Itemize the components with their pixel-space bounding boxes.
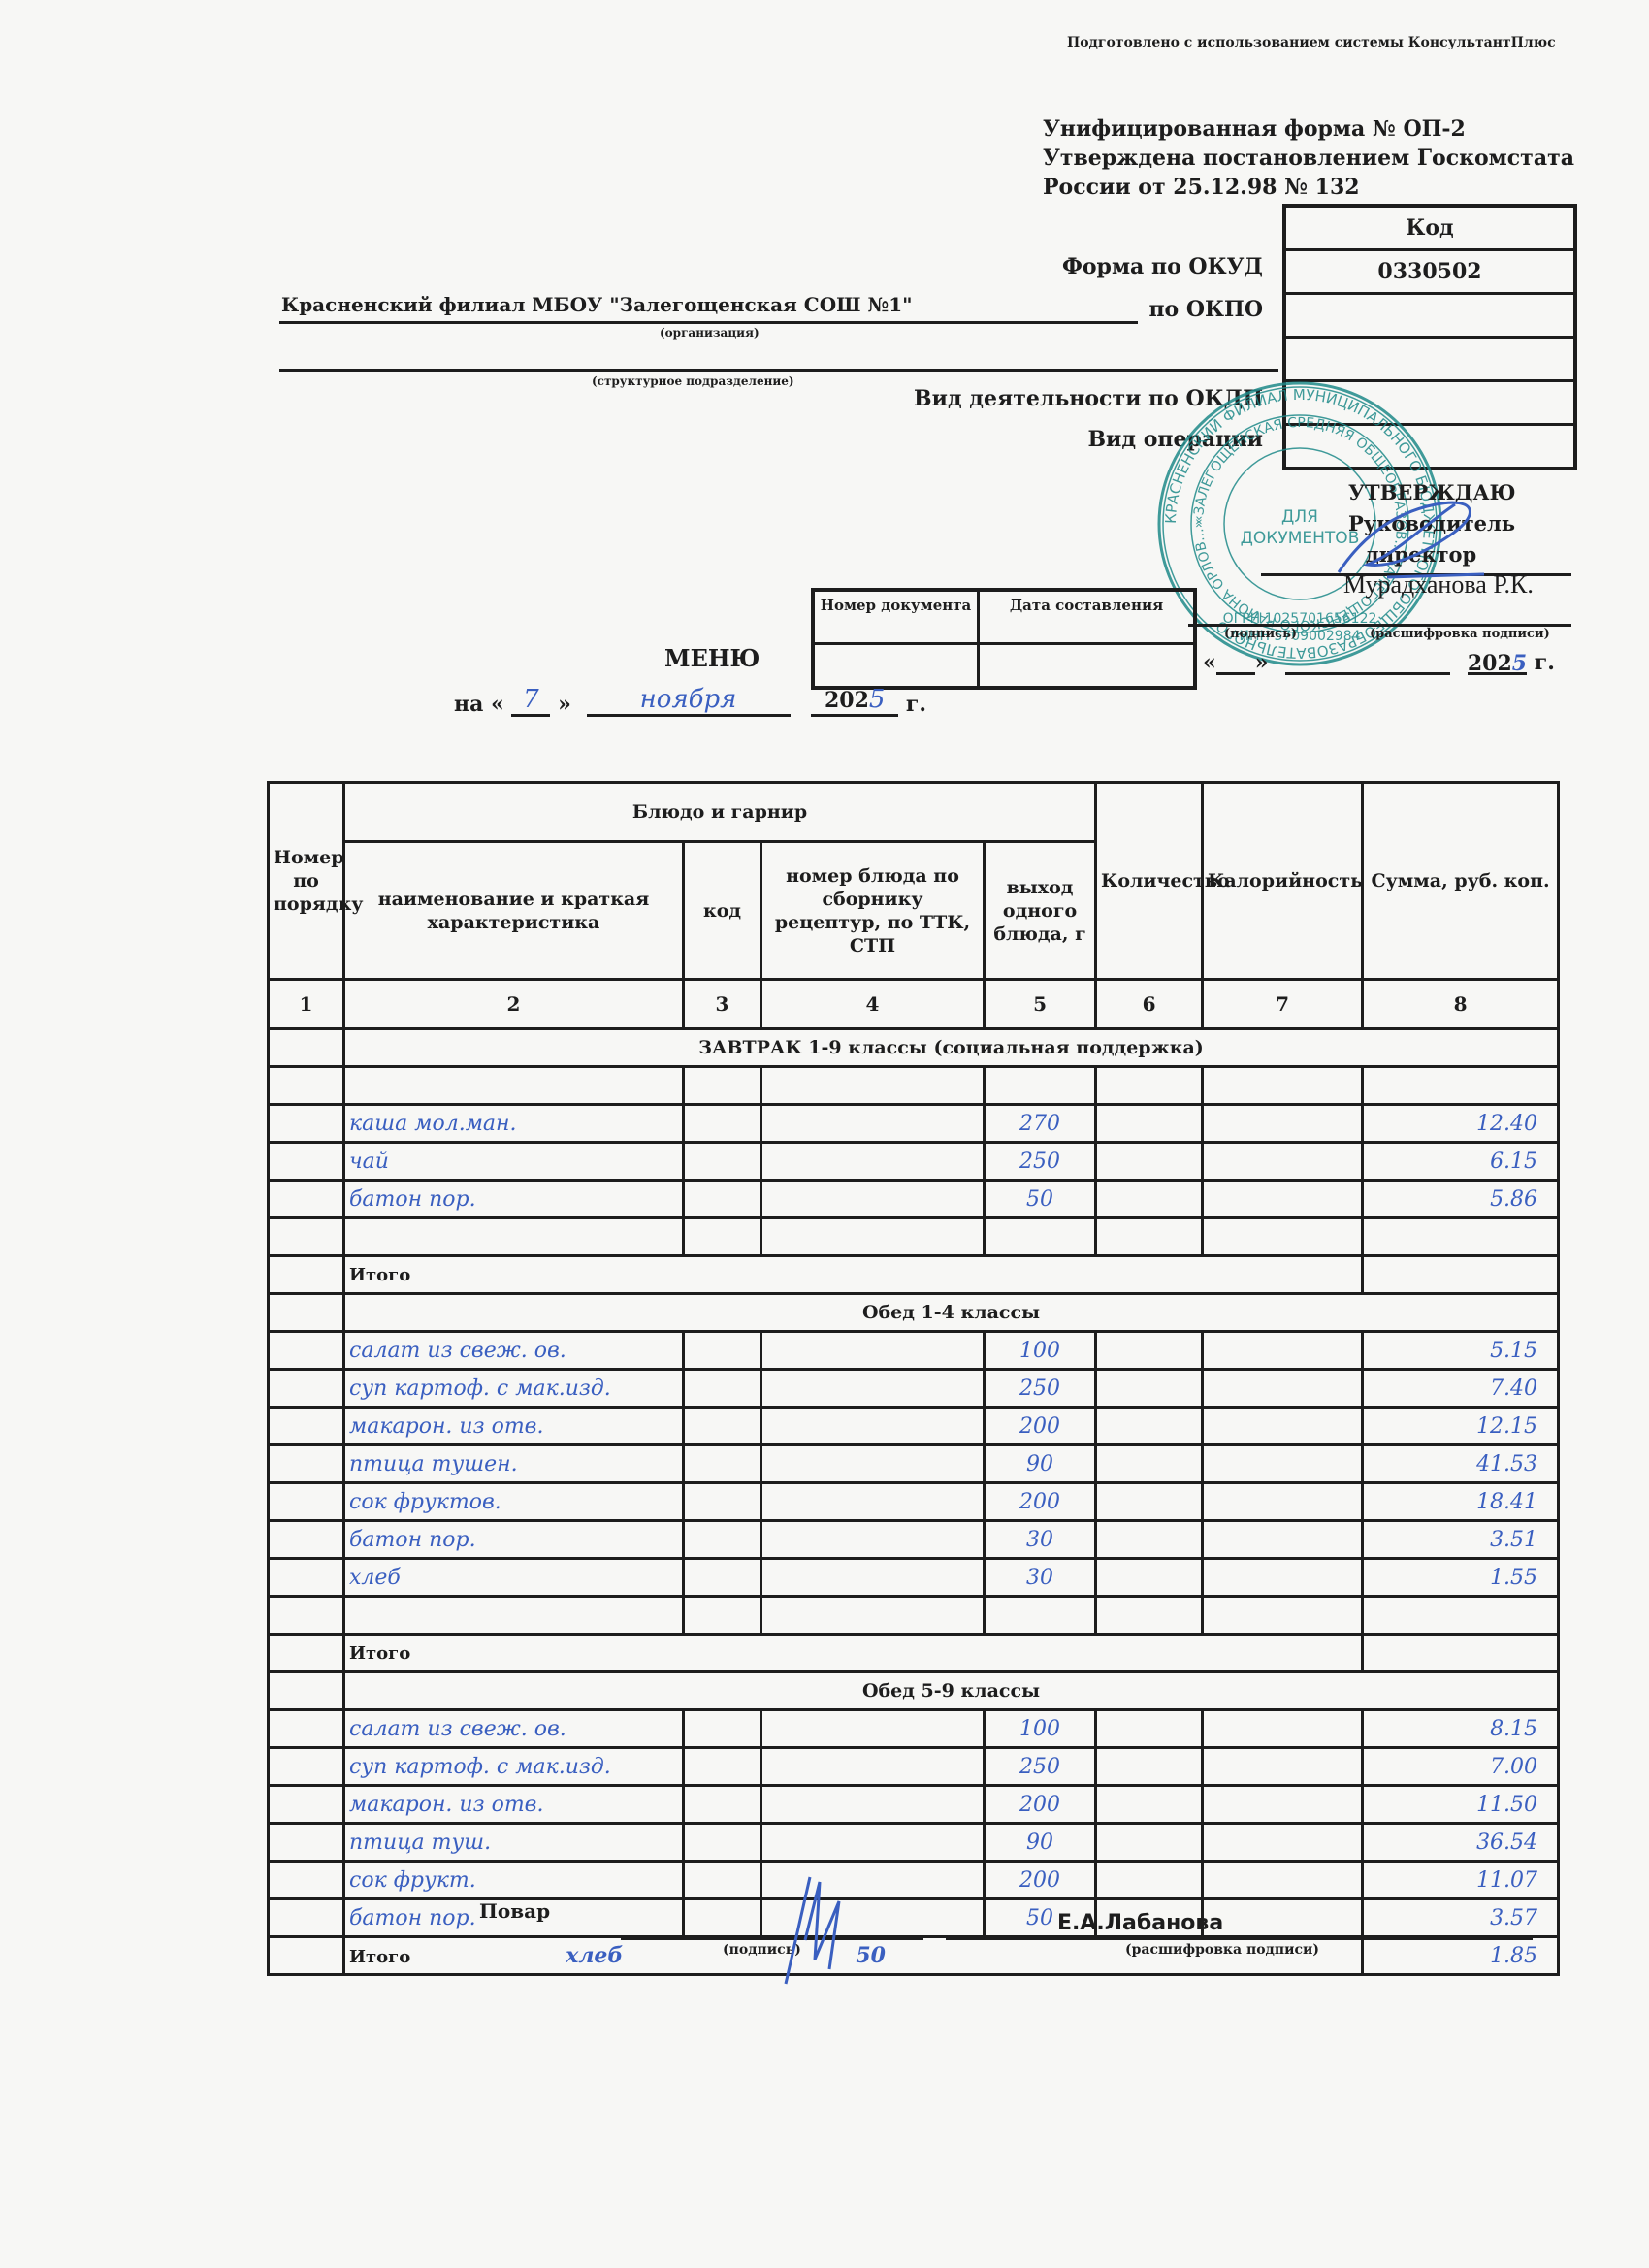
form-title-line: Унифицированная форма № ОП-2 bbox=[1043, 114, 1574, 144]
dish-name-cell[interactable]: батон пор. bbox=[344, 1181, 684, 1218]
qty-cell[interactable] bbox=[1096, 1332, 1203, 1370]
okpo-label: по ОКПО bbox=[856, 297, 1263, 322]
qty-cell[interactable] bbox=[1096, 1748, 1203, 1786]
approval-decoding-caption: (расшифровка подписи) bbox=[1370, 627, 1550, 641]
menu-year-unit: г. bbox=[906, 692, 926, 717]
recipe-no-cell[interactable] bbox=[761, 1710, 985, 1748]
row-num-cell[interactable] bbox=[269, 1483, 344, 1521]
sum-cell[interactable]: 3.51 bbox=[1363, 1521, 1559, 1559]
qty-cell[interactable] bbox=[1096, 1559, 1203, 1597]
header-sum: Сумма, руб. коп. bbox=[1363, 783, 1559, 980]
menu-year-field[interactable]: 2025 bbox=[811, 685, 898, 717]
subdivision-caption: (структурное подразделение) bbox=[592, 374, 794, 388]
section-title: Обед 1-4 классы bbox=[344, 1294, 1559, 1332]
dish-name-cell[interactable]: батон пор. bbox=[344, 1521, 684, 1559]
recipe-no-cell[interactable] bbox=[761, 1748, 985, 1786]
table-row: сок фруктов.20018.41 bbox=[269, 1483, 1559, 1521]
table-row: суп картоф. с мак.изд.2507.00 bbox=[269, 1748, 1559, 1786]
table-row: батон пор.303.51 bbox=[269, 1521, 1559, 1559]
qty-cell[interactable] bbox=[1096, 1218, 1203, 1256]
approval-signature-caption: (подпись) bbox=[1224, 627, 1297, 641]
approval-day-field[interactable] bbox=[1216, 651, 1255, 675]
column-number: 8 bbox=[1363, 980, 1559, 1029]
code-cell[interactable] bbox=[684, 1370, 761, 1408]
recipe-no-cell[interactable] bbox=[761, 1597, 985, 1635]
output-cell[interactable]: 200 bbox=[985, 1786, 1096, 1824]
table-row: батон пор.505.86 bbox=[269, 1181, 1559, 1218]
output-cell[interactable]: 250 bbox=[985, 1748, 1096, 1786]
qty-cell[interactable] bbox=[1096, 1067, 1203, 1105]
menu-title: МЕНЮ bbox=[664, 644, 760, 672]
output-cell[interactable] bbox=[985, 1067, 1096, 1105]
table-row: сок фрукт.20011.07 bbox=[269, 1862, 1559, 1899]
approval-year-unit: г. bbox=[1535, 650, 1555, 675]
output-cell[interactable]: 200 bbox=[985, 1483, 1096, 1521]
table-row: батон пор.503.57 bbox=[269, 1899, 1559, 1937]
code-cell[interactable] bbox=[684, 1786, 761, 1824]
sum-cell[interactable]: 36.54 bbox=[1363, 1824, 1559, 1862]
recipe-no-cell[interactable] bbox=[761, 1408, 985, 1445]
calories-cell[interactable] bbox=[1203, 1332, 1363, 1370]
total-label-text: Итого bbox=[349, 1947, 410, 1967]
okud-label: Форма по ОКУД bbox=[856, 254, 1263, 279]
section-header-row: ЗАВТРАК 1-9 классы (социальная поддержка… bbox=[269, 1029, 1559, 1067]
calories-cell[interactable] bbox=[1203, 1559, 1363, 1597]
document-date-header: Дата составления bbox=[980, 592, 1193, 645]
code-cell[interactable] bbox=[684, 1559, 761, 1597]
section-title: Обед 5-9 классы bbox=[344, 1672, 1559, 1710]
organization-name: Красненский филиал МБОУ "Залегощенская С… bbox=[281, 293, 913, 316]
calories-cell[interactable] bbox=[1203, 1710, 1363, 1748]
output-cell[interactable]: 100 bbox=[985, 1332, 1096, 1370]
code-cell[interactable] bbox=[684, 1445, 761, 1483]
menu-date-prefix: на « bbox=[454, 692, 504, 717]
qty-cell[interactable] bbox=[1096, 1786, 1203, 1824]
dish-name-cell[interactable]: каша мол.ман. bbox=[344, 1105, 684, 1143]
table-row: хлеб301.55 bbox=[269, 1559, 1559, 1597]
calories-cell[interactable] bbox=[1203, 1408, 1363, 1445]
cook-label: Повар bbox=[479, 1899, 550, 1923]
row-num-cell[interactable] bbox=[269, 1105, 344, 1143]
svg-text:ДЛЯ: ДЛЯ bbox=[1281, 507, 1318, 527]
column-numbers-row: 12345678 bbox=[269, 980, 1559, 1029]
qty-cell[interactable] bbox=[1096, 1370, 1203, 1408]
output-cell[interactable]: 90 bbox=[985, 1445, 1096, 1483]
recipe-no-cell[interactable] bbox=[761, 1559, 985, 1597]
column-number: 1 bbox=[269, 980, 344, 1029]
dish-name-cell[interactable]: макарон. из отв. bbox=[344, 1786, 684, 1824]
code-cell[interactable] bbox=[684, 1521, 761, 1559]
dish-name-cell[interactable]: салат из свеж. ов. bbox=[344, 1710, 684, 1748]
dish-name-cell[interactable] bbox=[344, 1597, 684, 1635]
row-num-cell[interactable] bbox=[269, 1067, 344, 1105]
row-num-cell[interactable] bbox=[269, 1559, 344, 1597]
qty-cell[interactable] bbox=[1096, 1483, 1203, 1521]
output-cell[interactable]: 100 bbox=[985, 1710, 1096, 1748]
calories-cell[interactable] bbox=[1203, 1218, 1363, 1256]
recipe-no-cell[interactable] bbox=[761, 1483, 985, 1521]
code-cell[interactable] bbox=[684, 1483, 761, 1521]
code-cell[interactable] bbox=[684, 1105, 761, 1143]
row-num-cell[interactable] bbox=[269, 1181, 344, 1218]
approval-date: «» 2025 г. bbox=[1203, 650, 1555, 675]
dish-name-cell[interactable]: чай bbox=[344, 1143, 684, 1181]
form-title-line: России от 25.12.98 № 132 bbox=[1043, 173, 1574, 202]
section-header-row: Обед 5-9 классы bbox=[269, 1672, 1559, 1710]
qty-cell[interactable] bbox=[1096, 1824, 1203, 1862]
sum-cell[interactable]: 12.15 bbox=[1363, 1408, 1559, 1445]
total-label: Итого bbox=[344, 1635, 1363, 1672]
code-cell[interactable] bbox=[684, 1143, 761, 1181]
sum-cell[interactable]: 3.57 bbox=[1363, 1899, 1559, 1937]
table-row: макарон. из отв.20012.15 bbox=[269, 1408, 1559, 1445]
code-cell[interactable] bbox=[684, 1218, 761, 1256]
table-row: салат из свеж. ов.1005.15 bbox=[269, 1332, 1559, 1370]
dish-name-cell[interactable] bbox=[344, 1067, 684, 1105]
row-num-cell[interactable] bbox=[269, 1445, 344, 1483]
output-cell[interactable] bbox=[985, 1597, 1096, 1635]
total-sum-cell[interactable] bbox=[1363, 1256, 1559, 1294]
document-number-box: Номер документа Дата составления bbox=[811, 588, 1197, 690]
row-num-cell[interactable] bbox=[269, 1218, 344, 1256]
header-dish-group: Блюдо и гарнир bbox=[344, 783, 1096, 842]
output-cell[interactable]: 250 bbox=[985, 1143, 1096, 1181]
column-number: 5 bbox=[985, 980, 1096, 1029]
table-row: салат из свеж. ов.1008.15 bbox=[269, 1710, 1559, 1748]
sum-cell[interactable]: 7.40 bbox=[1363, 1370, 1559, 1408]
row-num-cell[interactable] bbox=[269, 1521, 344, 1559]
recipe-no-cell[interactable] bbox=[761, 1067, 985, 1105]
output-cell[interactable] bbox=[985, 1218, 1096, 1256]
form-title-line: Утверждена постановлением Госкомстата bbox=[1043, 144, 1574, 173]
total-sum-cell[interactable]: 1.85 bbox=[1363, 1937, 1559, 1975]
okud-value: 0330502 bbox=[1286, 251, 1573, 295]
sum-cell[interactable]: 1.55 bbox=[1363, 1559, 1559, 1597]
calories-cell[interactable] bbox=[1203, 1899, 1363, 1937]
total-sum-cell[interactable] bbox=[1363, 1635, 1559, 1672]
sum-cell[interactable]: 8.15 bbox=[1363, 1710, 1559, 1748]
row-num-cell[interactable] bbox=[269, 1408, 344, 1445]
qty-cell[interactable] bbox=[1096, 1408, 1203, 1445]
menu-table: Номер по порядку Блюдо и гарнир Количест… bbox=[267, 781, 1560, 1976]
output-cell[interactable]: 30 bbox=[985, 1559, 1096, 1597]
document-number-value[interactable] bbox=[815, 645, 980, 686]
code-cell[interactable] bbox=[684, 1862, 761, 1899]
dish-name-cell[interactable]: хлеб bbox=[344, 1559, 684, 1597]
calories-cell[interactable] bbox=[1203, 1370, 1363, 1408]
recipe-no-cell[interactable] bbox=[761, 1521, 985, 1559]
output-cell[interactable]: 270 bbox=[985, 1105, 1096, 1143]
calories-cell[interactable] bbox=[1203, 1067, 1363, 1105]
subdivision-underline bbox=[279, 369, 1278, 372]
row-num-cell[interactable] bbox=[269, 1786, 344, 1824]
output-cell[interactable]: 50 bbox=[985, 1181, 1096, 1218]
approval-date-open-quote: « bbox=[1203, 650, 1216, 675]
cook-name: Е.А.Лабанова bbox=[1057, 1911, 1223, 1935]
sum-cell[interactable]: 7.00 bbox=[1363, 1748, 1559, 1786]
calories-cell[interactable] bbox=[1203, 1786, 1363, 1824]
total-row: Итого bbox=[269, 1256, 1559, 1294]
section-num-cell bbox=[269, 1029, 344, 1067]
recipe-no-cell[interactable] bbox=[761, 1445, 985, 1483]
qty-cell[interactable] bbox=[1096, 1862, 1203, 1899]
qty-cell[interactable] bbox=[1096, 1445, 1203, 1483]
qty-cell[interactable] bbox=[1096, 1710, 1203, 1748]
header-calories: Калорийность bbox=[1203, 783, 1363, 980]
code-cell[interactable] bbox=[684, 1824, 761, 1862]
calories-cell[interactable] bbox=[1203, 1862, 1363, 1899]
sum-cell[interactable]: 18.41 bbox=[1363, 1483, 1559, 1521]
column-number: 6 bbox=[1096, 980, 1203, 1029]
qty-cell[interactable] bbox=[1096, 1181, 1203, 1218]
header-output: выход одного блюда, г bbox=[985, 842, 1096, 980]
organization-caption: (организация) bbox=[660, 326, 760, 340]
calories-cell[interactable] bbox=[1203, 1181, 1363, 1218]
dish-name-cell[interactable]: суп картоф. с мак.изд. bbox=[344, 1748, 684, 1786]
recipe-no-cell[interactable] bbox=[761, 1143, 985, 1181]
row-num-cell[interactable] bbox=[269, 1824, 344, 1862]
menu-month-field[interactable]: ноября bbox=[587, 685, 791, 717]
cook-name-underline bbox=[946, 1937, 1533, 1940]
row-num-cell[interactable] bbox=[269, 1899, 344, 1937]
row-num-cell[interactable] bbox=[269, 1710, 344, 1748]
cook-name-caption: (расшифровка подписи) bbox=[1125, 1942, 1319, 1958]
calories-cell[interactable] bbox=[1203, 1105, 1363, 1143]
sum-cell[interactable]: 11.50 bbox=[1363, 1786, 1559, 1824]
table-row: макарон. из отв.20011.50 bbox=[269, 1786, 1559, 1824]
output-cell[interactable]: 200 bbox=[985, 1862, 1096, 1899]
okpo-value[interactable] bbox=[1286, 295, 1573, 339]
dish-name-cell[interactable]: макарон. из отв. bbox=[344, 1408, 684, 1445]
header-qty: Количество bbox=[1096, 783, 1203, 980]
document-number-header: Номер документа bbox=[815, 592, 980, 645]
total-num-cell bbox=[269, 1937, 344, 1975]
code-cell[interactable] bbox=[684, 1748, 761, 1786]
code-cell[interactable] bbox=[684, 1597, 761, 1635]
row-num-cell[interactable] bbox=[269, 1748, 344, 1786]
sum-cell[interactable]: 6.15 bbox=[1363, 1143, 1559, 1181]
calories-cell[interactable] bbox=[1203, 1824, 1363, 1862]
code-cell[interactable] bbox=[684, 1710, 761, 1748]
menu-day-field[interactable]: 7 bbox=[511, 685, 550, 717]
sum-cell[interactable]: 5.15 bbox=[1363, 1332, 1559, 1370]
total-row: Итогохлеб501.85 bbox=[269, 1937, 1559, 1975]
output-cell[interactable]: 90 bbox=[985, 1824, 1096, 1862]
dish-name-cell[interactable] bbox=[344, 1218, 684, 1256]
organization-underline bbox=[279, 321, 1138, 324]
qty-cell[interactable] bbox=[1096, 1143, 1203, 1181]
calories-cell[interactable] bbox=[1203, 1483, 1363, 1521]
director-signature-icon bbox=[1329, 485, 1494, 592]
code-cell[interactable] bbox=[684, 1181, 761, 1218]
dish-name-cell[interactable]: сок фрукт. bbox=[344, 1862, 684, 1899]
recipe-no-cell[interactable] bbox=[761, 1786, 985, 1824]
dish-name-cell[interactable]: салат из свеж. ов. bbox=[344, 1332, 684, 1370]
table-row bbox=[269, 1597, 1559, 1635]
total-label: Итого bbox=[344, 1256, 1363, 1294]
table-row: каша мол.ман.27012.40 bbox=[269, 1105, 1559, 1143]
calories-cell[interactable] bbox=[1203, 1597, 1363, 1635]
code-header: Код bbox=[1286, 208, 1573, 251]
table-row: птица туш.9036.54 bbox=[269, 1824, 1559, 1862]
row-num-cell[interactable] bbox=[269, 1597, 344, 1635]
sum-cell[interactable]: 12.40 bbox=[1363, 1105, 1559, 1143]
dish-name-cell[interactable]: птица туш. bbox=[344, 1824, 684, 1862]
calories-cell[interactable] bbox=[1203, 1521, 1363, 1559]
code-cell[interactable] bbox=[684, 1408, 761, 1445]
approval-date-close-quote: » bbox=[1255, 650, 1269, 675]
calories-cell[interactable] bbox=[1203, 1143, 1363, 1181]
header-num: Номер по порядку bbox=[269, 783, 344, 980]
sum-cell[interactable]: 41.53 bbox=[1363, 1445, 1559, 1483]
calories-cell[interactable] bbox=[1203, 1445, 1363, 1483]
column-number: 4 bbox=[761, 980, 985, 1029]
qty-cell[interactable] bbox=[1096, 1105, 1203, 1143]
recipe-no-cell[interactable] bbox=[761, 1181, 985, 1218]
total-row: Итого bbox=[269, 1635, 1559, 1672]
output-cell[interactable]: 200 bbox=[985, 1408, 1096, 1445]
total-num-cell bbox=[269, 1256, 344, 1294]
section-num-cell bbox=[269, 1294, 344, 1332]
header-code: код bbox=[684, 842, 761, 980]
table-row bbox=[269, 1067, 1559, 1105]
calories-cell[interactable] bbox=[1203, 1748, 1363, 1786]
dish-name-cell[interactable]: птица тушен. bbox=[344, 1445, 684, 1483]
header-recipe-no: номер блюда по сборнику рецептур, по ТТК… bbox=[761, 842, 985, 980]
document-date-value[interactable] bbox=[980, 645, 1193, 686]
row-num-cell[interactable] bbox=[269, 1862, 344, 1899]
consultant-note: Подготовлено с использованием системы Ко… bbox=[1067, 35, 1556, 50]
sum-cell[interactable] bbox=[1363, 1597, 1559, 1635]
table-row bbox=[269, 1218, 1559, 1256]
menu-date-close-quote: » bbox=[558, 692, 571, 717]
table-row: птица тушен.9041.53 bbox=[269, 1445, 1559, 1483]
table-row: суп картоф. с мак.изд.2507.40 bbox=[269, 1370, 1559, 1408]
okpo-value-extra[interactable] bbox=[1286, 339, 1573, 382]
section-title: ЗАВТРАК 1-9 классы (социальная поддержка… bbox=[344, 1029, 1559, 1067]
qty-cell[interactable] bbox=[1096, 1521, 1203, 1559]
recipe-no-cell[interactable] bbox=[761, 1218, 985, 1256]
menu-date: на « 7 » ноября 2025 г. bbox=[454, 685, 926, 717]
qty-cell[interactable] bbox=[1096, 1597, 1203, 1635]
cook-signature-icon bbox=[766, 1872, 883, 1989]
code-cell[interactable] bbox=[684, 1332, 761, 1370]
column-number: 2 bbox=[344, 980, 684, 1029]
column-number: 7 bbox=[1203, 980, 1363, 1029]
code-cell[interactable] bbox=[684, 1899, 761, 1937]
dish-name-cell[interactable]: сок фруктов. bbox=[344, 1483, 684, 1521]
recipe-no-cell[interactable] bbox=[761, 1370, 985, 1408]
total-row-dish-name: хлеб bbox=[566, 1943, 623, 1968]
approval-month-field[interactable] bbox=[1285, 651, 1450, 675]
header-name: наименование и краткая характеристика bbox=[344, 842, 684, 980]
recipe-no-cell[interactable] bbox=[761, 1105, 985, 1143]
row-num-cell[interactable] bbox=[269, 1332, 344, 1370]
row-num-cell[interactable] bbox=[269, 1370, 344, 1408]
sum-cell[interactable] bbox=[1363, 1067, 1559, 1105]
sum-cell[interactable]: 11.07 bbox=[1363, 1862, 1559, 1899]
form-title: Унифицированная форма № ОП-2 Утверждена … bbox=[1043, 114, 1574, 202]
table-row: чай2506.15 bbox=[269, 1143, 1559, 1181]
recipe-no-cell[interactable] bbox=[761, 1824, 985, 1862]
approval-year-field[interactable]: 2025 bbox=[1468, 651, 1527, 675]
column-number: 3 bbox=[684, 980, 761, 1029]
row-num-cell[interactable] bbox=[269, 1143, 344, 1181]
sum-cell[interactable]: 5.86 bbox=[1363, 1181, 1559, 1218]
section-header-row: Обед 1-4 классы bbox=[269, 1294, 1559, 1332]
dish-name-cell[interactable]: суп картоф. с мак.изд. bbox=[344, 1370, 684, 1408]
recipe-no-cell[interactable] bbox=[761, 1332, 985, 1370]
output-cell[interactable]: 250 bbox=[985, 1370, 1096, 1408]
section-num-cell bbox=[269, 1672, 344, 1710]
total-num-cell bbox=[269, 1635, 344, 1672]
output-cell[interactable]: 30 bbox=[985, 1521, 1096, 1559]
sum-cell[interactable] bbox=[1363, 1218, 1559, 1256]
code-cell[interactable] bbox=[684, 1067, 761, 1105]
